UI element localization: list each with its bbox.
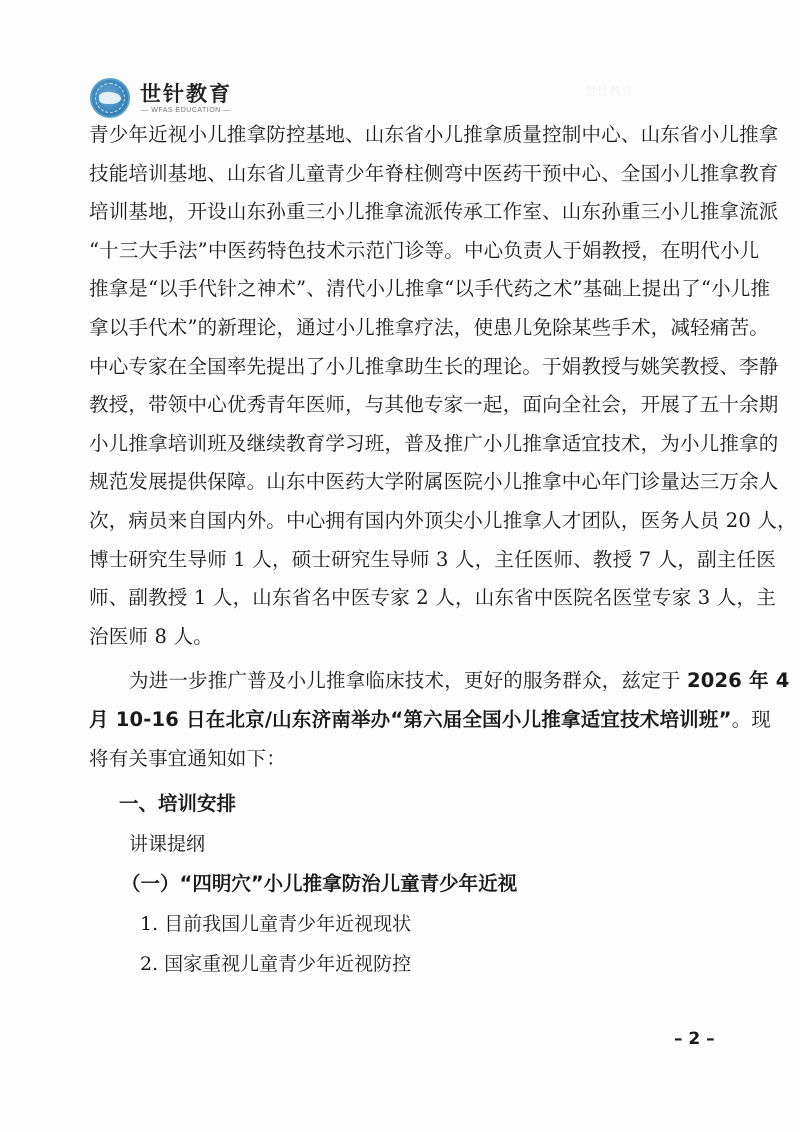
organization-logo: 世针教育 — WFAS EDUCATION —: [90, 78, 232, 118]
outline-item: 1. 目前我国儿童青少年近视现状: [89, 904, 717, 944]
subsection-heading-myopia: （一）“四明穴”小儿推拿防治儿童青少年近视: [89, 864, 717, 904]
text-line: 月 10-16 日在北京/山东济南举办“第六届全国小儿推拿适宜技术培训班”。现: [89, 701, 717, 740]
text-line: 规范发展提供保障。山东中医药大学附属医院小儿推拿中心年门诊量达三万余人: [89, 463, 717, 502]
text-line: 技能培训基地、山东省儿童青少年脊柱侧弯中医药干预中心、全国小儿推拿教育: [89, 155, 717, 194]
text-line: 推拿是“以手代针之神术”、清代小儿推拿“以手代药之术”基础上提出了“小儿推: [89, 270, 717, 309]
section-heading-training-arrangement: 一、培训安排: [89, 784, 717, 824]
announcement-event-bold: 月 10-16 日在北京/山东济南举办“第六届全国小儿推拿适宜技术培训班”: [89, 708, 732, 731]
text-line: 次，病员来自国内外。中心拥有国内外顶尖小儿推拿人才团队，医务人员 20 人，: [89, 502, 717, 541]
text-line: 为进一步推广普及小儿推拿临床技术，更好的服务群众，兹定于 2026 年 4: [89, 662, 717, 701]
outline-item: 2. 国家重视儿童青少年近视防控: [89, 944, 717, 984]
text-line: 青少年近视小儿推拿防控基地、山东省小儿推拿质量控制中心、山东省小儿推拿: [89, 116, 717, 155]
announcement-text: 。现: [732, 708, 771, 731]
text-line: 拿以手代术”的新理论，通过小儿推拿疗法，使患儿免除某些手术，减轻痛苦。: [89, 309, 717, 348]
document-body: 青少年近视小儿推拿防控基地、山东省小儿推拿质量控制中心、山东省小儿推拿 技能培训…: [89, 116, 717, 984]
text-line: 中心专家在全国率先提出了小儿推拿助生长的理论。于娟教授与姚笑教授、李静: [89, 348, 717, 387]
paragraph-center-introduction: 青少年近视小儿推拿防控基地、山东省小儿推拿质量控制中心、山东省小儿推拿 技能培训…: [89, 116, 717, 656]
paragraph-training-announcement: 为进一步推广普及小儿推拿临床技术，更好的服务群众，兹定于 2026 年 4 月 …: [89, 662, 717, 778]
announcement-date-bold: 2026 年 4: [687, 669, 790, 692]
text-line: 小儿推拿培训班及继续教育学习班，普及推广小儿推拿适宜技术，为小儿推拿的: [89, 425, 717, 464]
text-line: 治医师 8 人。: [89, 618, 717, 657]
text-line: 博士研究生导师 1 人，硕士研究生导师 3 人，主任医师、教授 7 人，副主任医: [89, 541, 717, 580]
text-line: 师、副教授 1 人，山东省名中医专家 2 人，山东省中医院名医堂专家 3 人，主: [89, 579, 717, 618]
globe-logo-icon: [90, 78, 130, 118]
text-line: 培训基地，开设山东孙重三小儿推拿流派传承工作室、山东孙重三小儿推拿流派: [89, 193, 717, 232]
text-line: “十三大手法”中医药特色技术示范门诊等。中心负责人于娟教授，在明代小儿: [89, 232, 717, 271]
text-line: 教授，带领中心优秀青年医师，与其他专家一起，面向全社会，开展了五十余期: [89, 386, 717, 425]
faint-watermark: 世针教育: [585, 82, 633, 99]
announcement-text: 为进一步推广普及小儿推拿临床技术，更好的服务群众，兹定于: [129, 669, 687, 692]
page-number: – 2 –: [674, 1029, 715, 1049]
logo-chinese-name: 世针教育: [140, 82, 232, 106]
logo-text-block: 世针教育 — WFAS EDUCATION —: [140, 82, 232, 114]
outline-label: 讲课提纲: [89, 824, 717, 864]
text-line: 将有关事宜通知如下：: [89, 740, 717, 779]
logo-english-name: — WFAS EDUCATION —: [140, 107, 232, 114]
